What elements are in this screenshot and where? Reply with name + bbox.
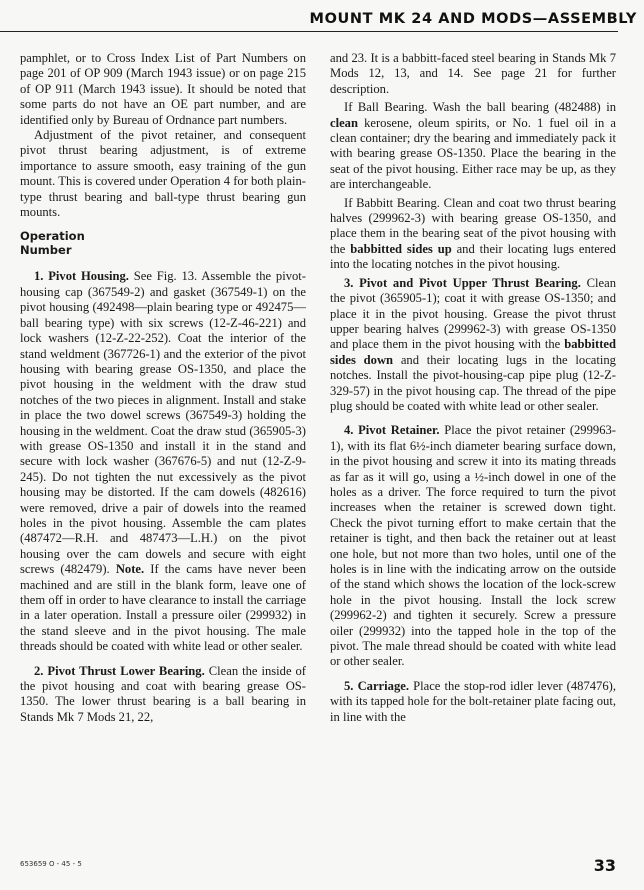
heading-line-1: Operation xyxy=(20,229,306,243)
page-number: 33 xyxy=(594,856,616,875)
operation-1-text-a: See Fig. 13. Assemble the pivot-housing … xyxy=(20,269,306,576)
operation-number-heading: Operation Number xyxy=(20,229,306,257)
operation-2-title: 2. Pivot Thrust Lower Bearing. xyxy=(34,664,205,678)
operation-1-pivot-housing: 1. Pivot Housing. See Fig. 13. Assemble … xyxy=(20,269,306,654)
header-rule xyxy=(0,31,618,32)
note-label: Note. xyxy=(116,562,144,576)
operation-4-text: Place the pivot retainer (299963-1), wit… xyxy=(330,423,616,668)
heading-line-2: Number xyxy=(20,243,306,257)
paragraph-adjustment: Adjustment of the pivot retainer, and co… xyxy=(20,128,306,220)
babbitt-bold: babbitted sides up xyxy=(350,242,451,256)
paragraph-continuation: and 23. It is a babbitt-faced steel bear… xyxy=(330,51,616,97)
operation-3-title: 3. Pivot and Pivot Upper Thrust Bearing. xyxy=(344,276,581,290)
operation-4-pivot-retainer: 4. Pivot Retainer. Place the pivot retai… xyxy=(330,423,616,670)
left-column: pamphlet, or to Cross Index List of Part… xyxy=(20,51,306,725)
paragraph-ball-bearing: If Ball Bearing. Wash the ball bearing (… xyxy=(330,100,616,192)
paragraph-babbitt-bearing: If Babbitt Bearing. Clean and coat two t… xyxy=(330,196,616,273)
operation-1-title: 1. Pivot Housing. xyxy=(34,269,129,283)
running-header: MOUNT MK 24 AND MODS—ASSEMBLY xyxy=(0,0,644,32)
operation-5-title: 5. Carriage. xyxy=(344,679,409,693)
operation-2-pivot-thrust-lower-bearing: 2. Pivot Thrust Lower Bearing. Clean the… xyxy=(20,664,306,726)
page-title: MOUNT MK 24 AND MODS—ASSEMBLY xyxy=(310,11,637,27)
right-column: and 23. It is a babbitt-faced steel bear… xyxy=(330,51,616,725)
operation-5-carriage: 5. Carriage. Place the stop-rod idler le… xyxy=(330,679,616,725)
ball-text-a: If Ball Bearing. Wash the ball bearing (… xyxy=(344,100,616,114)
operation-3-pivot-upper-thrust-bearing: 3. Pivot and Pivot Upper Thrust Bearing.… xyxy=(330,276,616,415)
paragraph-cross-index: pamphlet, or to Cross Index List of Part… xyxy=(20,51,306,128)
print-code: 653659 O - 45 - 5 xyxy=(20,860,82,868)
ball-text-b: kerosene, oleum spirits, or No. 1 fuel o… xyxy=(330,116,616,192)
ball-bold: clean xyxy=(330,116,358,130)
operation-4-title: 4. Pivot Retainer. xyxy=(344,423,440,437)
